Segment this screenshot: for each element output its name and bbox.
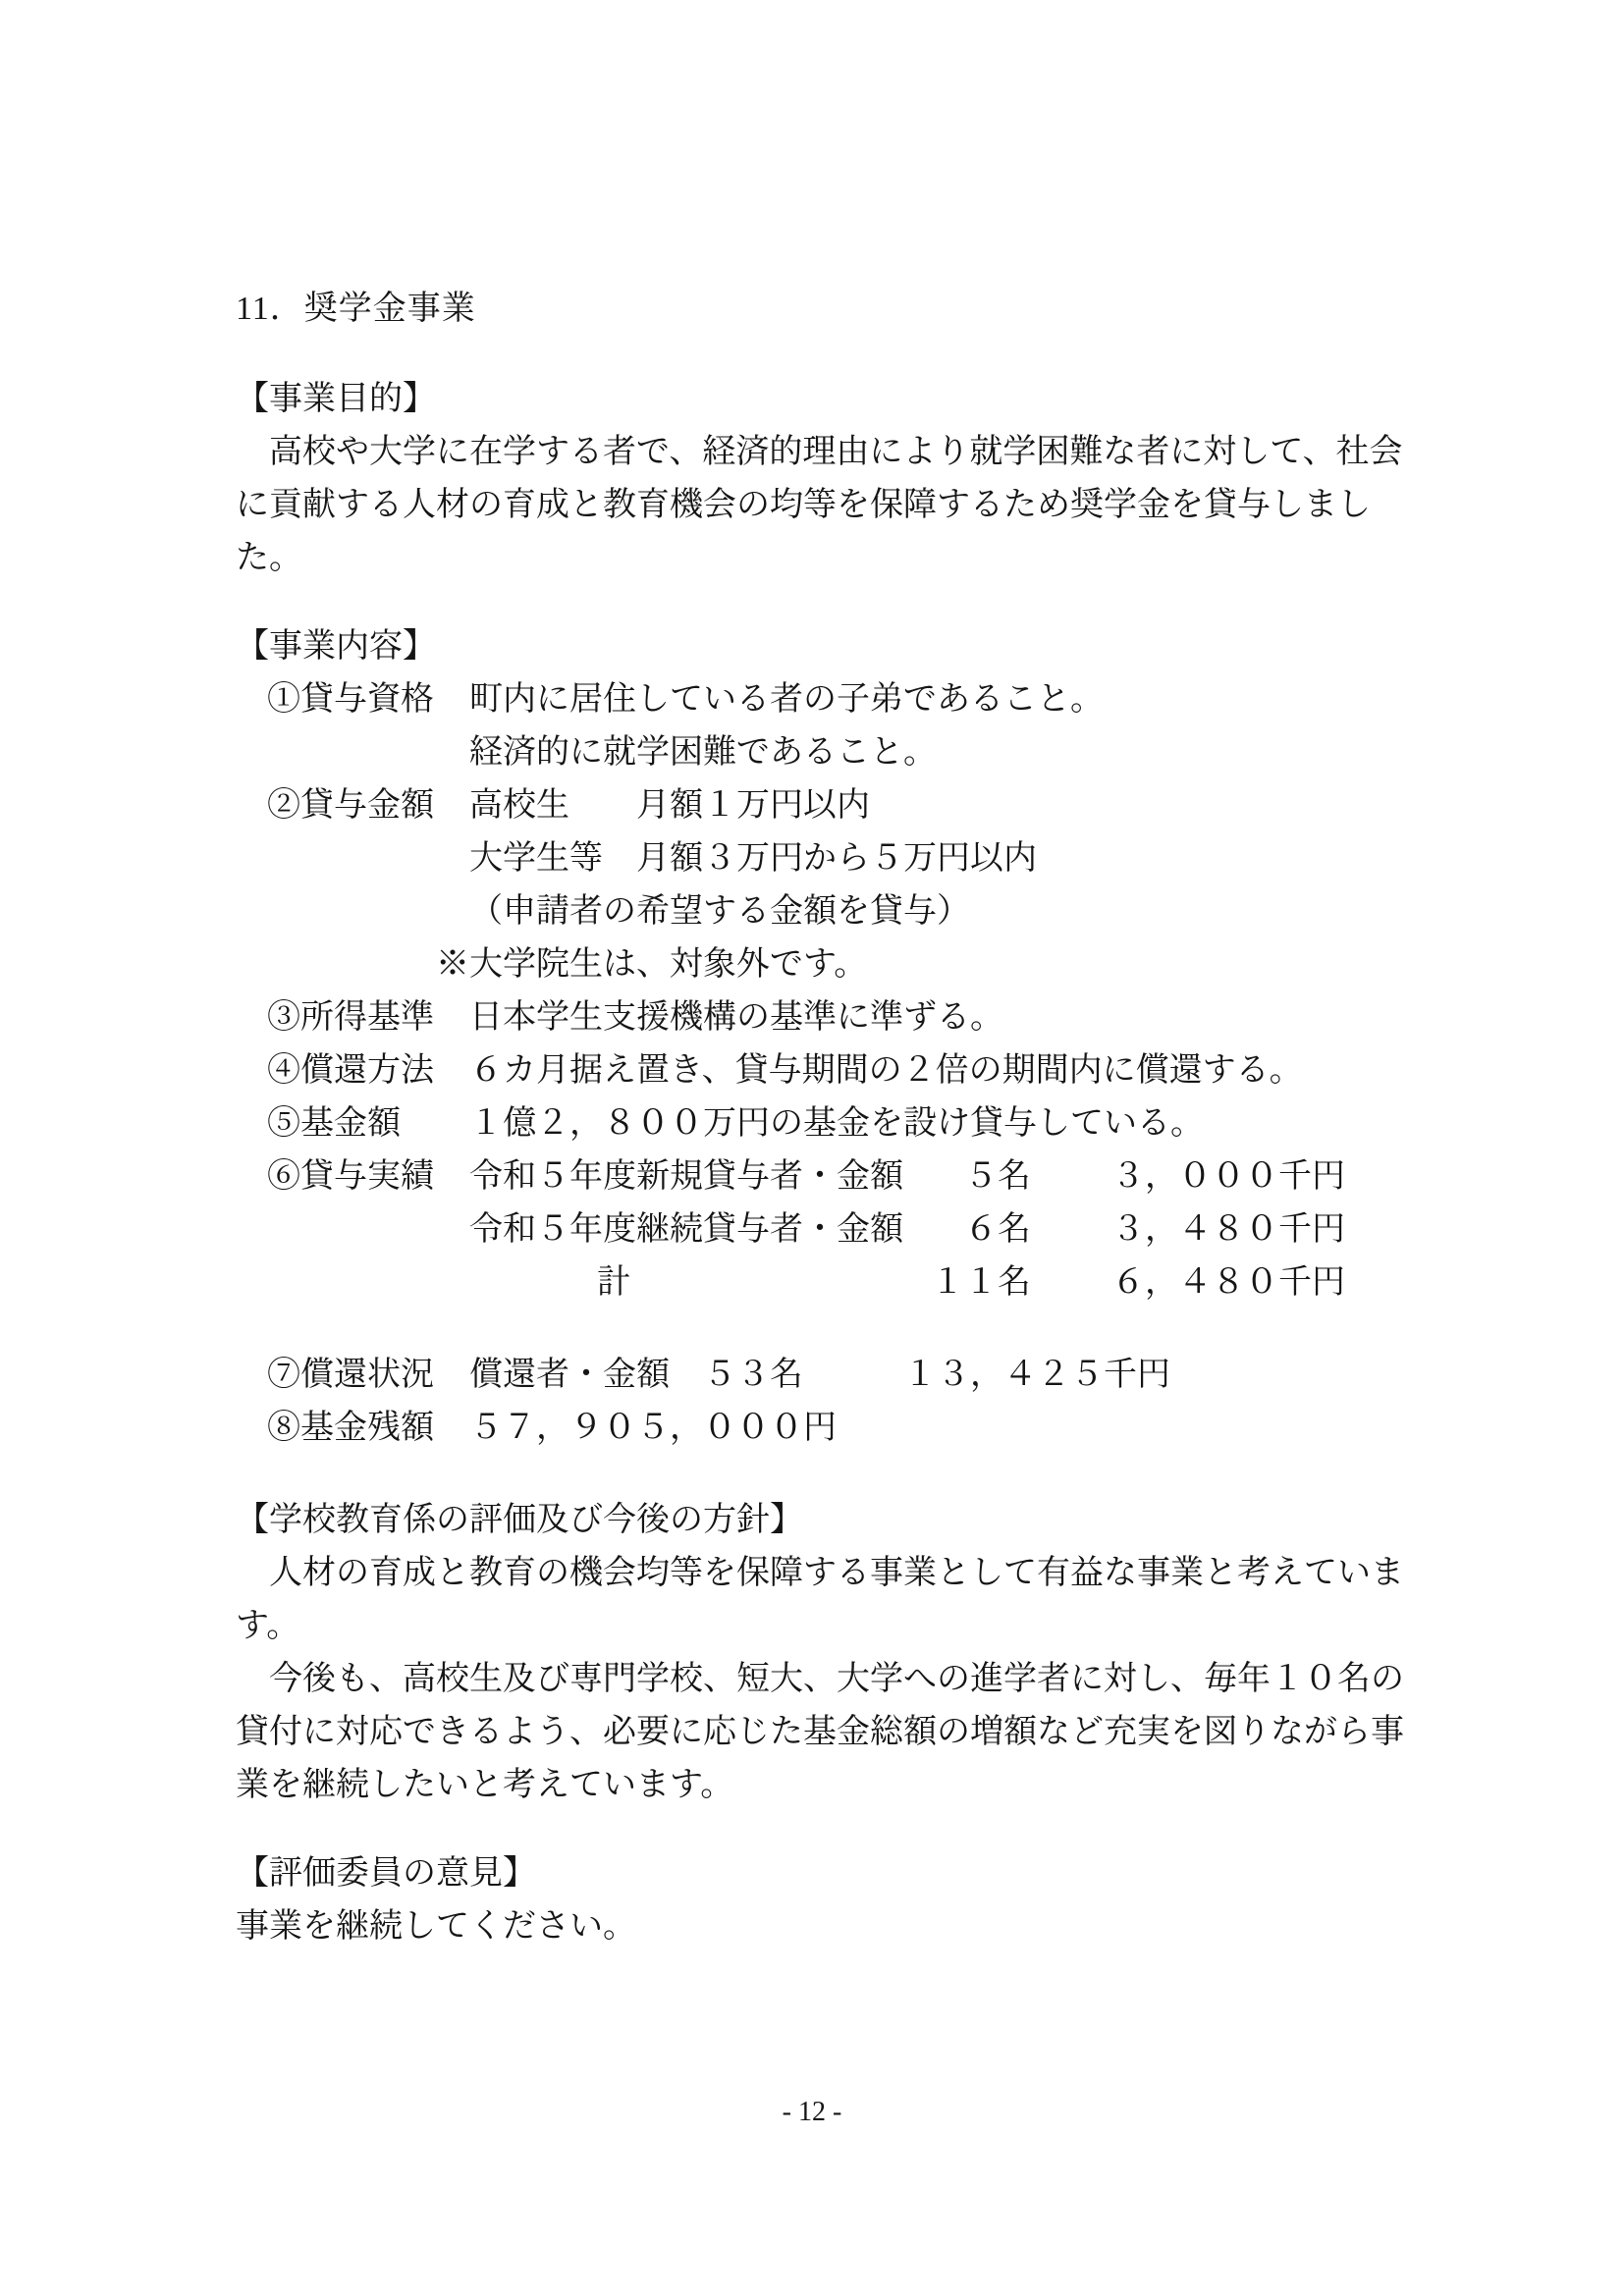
row-label: 計: [469, 1256, 919, 1309]
evaluation-paragraph-2: 今後も、高校生及び専門学校、短大、大学への進学者に対し、毎年１０名の貸付に対応で…: [236, 1653, 1410, 1812]
evaluation-paragraph-1: 人材の育成と教育の機会均等を保障する事業として有益な事業と考えています。: [236, 1547, 1410, 1653]
text-line: 経済的に就学困難であること。: [469, 726, 1410, 779]
item-repayment-method-content: ６カ月据え置き、貸与期間の２倍の期間内に償還する。: [469, 1044, 1410, 1097]
item-fund-amount: ⑤基金額 １億２，８００万円の基金を設け貸与している。: [267, 1097, 1410, 1150]
row-amount: ３，０００千円: [1031, 1150, 1345, 1203]
graduate-exclusion-note: ※大学院生は、対象外です。: [436, 938, 1410, 991]
row-count: ６名: [919, 1203, 1031, 1256]
loan-results-row-total: 計 １１名 ６，４８０千円: [469, 1256, 1410, 1309]
text-line: １億２，８００万円の基金を設け貸与している。: [469, 1097, 1410, 1150]
item-fund-amount-label: ⑤基金額: [267, 1097, 469, 1150]
item-income-standard: ③所得基準 日本学生支援機構の基準に準ずる。: [267, 991, 1410, 1044]
text-line: 大学生等 月額３万円から５万円以内: [469, 832, 1410, 885]
loan-results-row-new: 令和５年度新規貸与者・金額 ５名 ３，０００千円: [469, 1150, 1410, 1203]
loan-results-table: 令和５年度新規貸与者・金額 ５名 ３，０００千円 令和５年度継続貸与者・金額 ６…: [469, 1150, 1410, 1309]
item-loan-amount-label: ②貸与金額: [267, 779, 469, 832]
item-loan-qualification-label: ①貸与資格: [267, 673, 469, 726]
row-amount: ３，４８０千円: [1031, 1203, 1345, 1256]
item-repayment-method-label: ④償還方法: [267, 1044, 469, 1097]
page-number: - 12 -: [0, 2097, 1624, 2128]
purpose-body: 高校や大学に在学する者で、経済的理由により就学困難な者に対して、社会に貢献する人…: [236, 426, 1410, 585]
committee-heading: 【評価委員の意見】: [236, 1847, 1410, 1900]
text-line: 町内に居住している者の子弟であること。: [469, 673, 1410, 726]
text-line: 高校生 月額１万円以内: [469, 779, 1410, 832]
loan-results-row-continuing: 令和５年度継続貸与者・金額 ６名 ３，４８０千円: [469, 1203, 1410, 1256]
evaluation-heading: 【学校教育係の評価及び今後の方針】: [236, 1494, 1410, 1547]
details-heading: 【事業内容】: [236, 620, 1410, 673]
text-line: ５７，９０５，０００円: [469, 1402, 1410, 1455]
item-loan-amount: ②貸与金額 高校生 月額１万円以内 大学生等 月額３万円から５万円以内 （申請者…: [267, 779, 1410, 991]
purpose-heading: 【事業目的】: [236, 373, 1410, 426]
item-loan-qualification-content: 町内に居住している者の子弟であること。 経済的に就学困難であること。: [469, 673, 1410, 779]
row-count: １１名: [919, 1256, 1031, 1309]
item-income-standard-label: ③所得基準: [267, 991, 469, 1044]
text-line: （申請者の希望する金額を貸与）: [469, 885, 1410, 938]
item-fund-balance: ⑧基金残額 ５７，９０５，０００円: [267, 1402, 1410, 1455]
row-amount: ６，４８０千円: [1031, 1256, 1345, 1309]
row-count: ５名: [919, 1150, 1031, 1203]
page-title: 11．奨学金事業: [236, 283, 1410, 336]
row-label: 令和５年度継続貸与者・金額: [469, 1203, 919, 1256]
text-line: 償還者・金額 ５３名 １３，４２５千円: [469, 1349, 1410, 1402]
item-income-standard-content: 日本学生支援機構の基準に準ずる。: [469, 991, 1410, 1044]
item-loan-results-label: ⑥貸与実績: [267, 1150, 469, 1203]
item-fund-balance-label: ⑧基金残額: [267, 1402, 469, 1455]
item-loan-qualification: ①貸与資格 町内に居住している者の子弟であること。 経済的に就学困難であること。: [267, 673, 1410, 779]
item-fund-balance-content: ５７，９０５，０００円: [469, 1402, 1410, 1455]
item-repayment-status-content: 償還者・金額 ５３名 １３，４２５千円: [469, 1349, 1410, 1402]
item-fund-amount-content: １億２，８００万円の基金を設け貸与している。: [469, 1097, 1410, 1150]
text-line: 日本学生支援機構の基準に準ずる。: [469, 991, 1410, 1044]
row-label: 令和５年度新規貸与者・金額: [469, 1150, 919, 1203]
details-item-list: ①貸与資格 町内に居住している者の子弟であること。 経済的に就学困難であること。…: [267, 673, 1410, 1455]
item-loan-results: ⑥貸与実績 令和５年度新規貸与者・金額 ５名 ３，０００千円 令和５年度継続貸与…: [267, 1150, 1410, 1309]
document-page: 11．奨学金事業 【事業目的】 高校や大学に在学する者で、経済的理由により就学困…: [0, 0, 1624, 2296]
item-repayment-status: ⑦償還状況 償還者・金額 ５３名 １３，４２５千円: [267, 1349, 1410, 1402]
text-line: ６カ月据え置き、貸与期間の２倍の期間内に償還する。: [469, 1044, 1410, 1097]
item-loan-amount-content: 高校生 月額１万円以内 大学生等 月額３万円から５万円以内 （申請者の希望する金…: [469, 779, 1410, 991]
item-repayment-status-label: ⑦償還状況: [267, 1349, 469, 1402]
item-repayment-method: ④償還方法 ６カ月据え置き、貸与期間の２倍の期間内に償還する。: [267, 1044, 1410, 1097]
committee-body: 事業を継続してください。: [236, 1900, 1410, 1953]
